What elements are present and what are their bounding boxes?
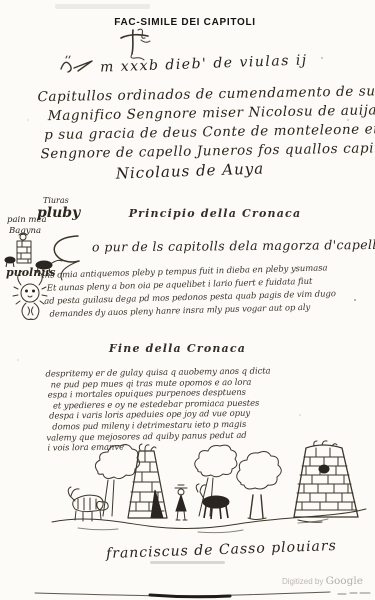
ground-line-sketch bbox=[52, 509, 366, 533]
margin-tower-sketch bbox=[17, 233, 31, 263]
fine-heading: Fine della Cronaca bbox=[20, 342, 335, 355]
preamble-paragraph: Capitullos ordinados de cumendamento de … bbox=[37, 82, 375, 164]
page-title: FAC-SIMILE DEI CAPITOLI bbox=[20, 17, 350, 28]
shepherd-figure-sketch bbox=[175, 485, 187, 520]
invocation-flourish-sketch bbox=[58, 55, 98, 75]
margin-animal-left-sketch bbox=[5, 257, 15, 267]
google-logo-text: Google bbox=[326, 575, 363, 587]
scan-fold-line bbox=[0, 586, 375, 600]
principio-text-block: Ihs omia antiquemos pleby p tempus fuit … bbox=[41, 262, 336, 322]
scan-smudge-bottom bbox=[150, 561, 225, 564]
landscape-sketch bbox=[48, 438, 370, 542]
google-watermark: Digitized by Google bbox=[282, 575, 363, 587]
scan-smudge-top bbox=[55, 4, 150, 9]
cross-monogram-sketch bbox=[113, 27, 155, 61]
watermark-prefix: Digitized by bbox=[282, 577, 326, 586]
nuraghe-tower-sketch-right bbox=[294, 441, 358, 522]
ox-sketch-left bbox=[68, 487, 103, 521]
tree-sketch-round bbox=[237, 452, 282, 520]
principio-heading: Principio della Cronaca bbox=[80, 207, 350, 220]
margin-note-pain-mea: pain mea bbox=[7, 215, 47, 225]
tree-sketch-left bbox=[95, 445, 139, 516]
principio-opening-line: o pur de ls capitolls dela magorza d'cap… bbox=[92, 237, 375, 255]
nuraghe-tower-sketch-left bbox=[128, 444, 167, 518]
margin-note-tiuras: Tiuras bbox=[43, 196, 69, 205]
scanned-book-page: FAC-SIMILE DEI CAPITOLI m xxxb dieb' de … bbox=[0, 0, 375, 600]
